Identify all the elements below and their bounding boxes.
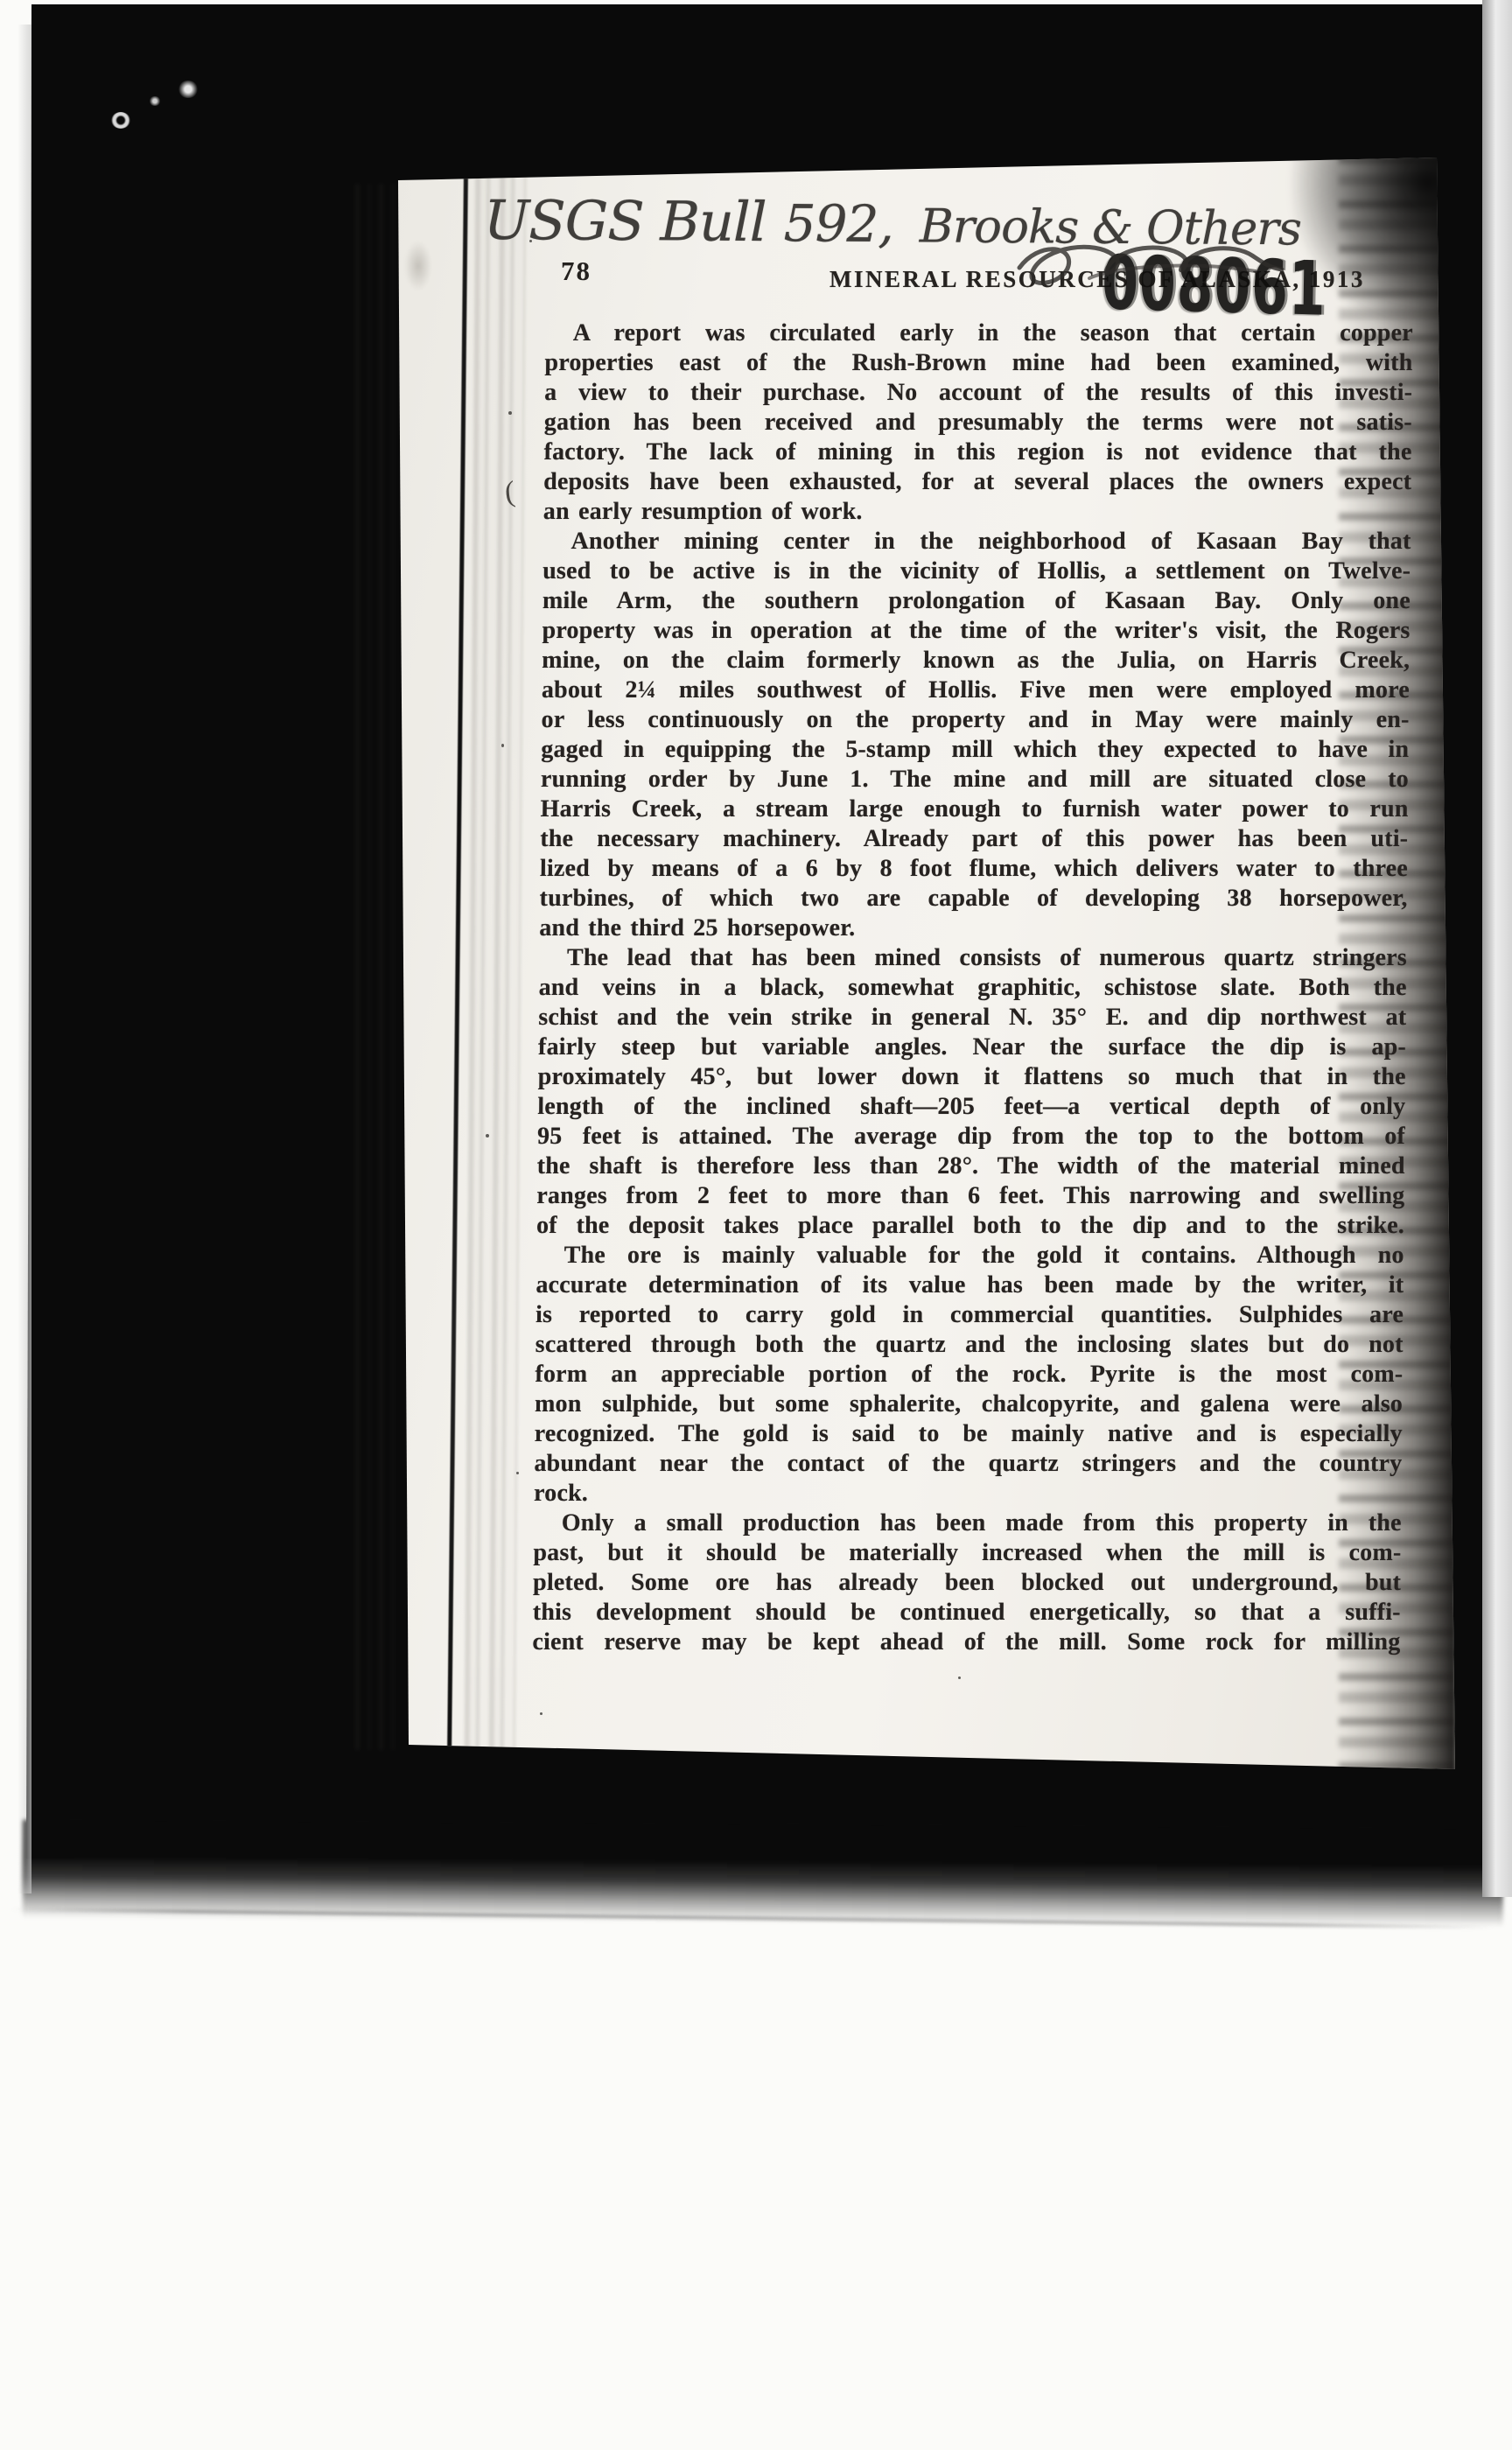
dust-speck — [486, 1134, 489, 1137]
body-line: deposits have been exhausted, for at sev… — [543, 467, 1411, 497]
book-page: USGS Bull 592, Brooks & Others 78 MINERA… — [398, 156, 1457, 1774]
body-line: gaged in equipping the 5-stamp mill whic… — [541, 735, 1409, 765]
handwritten-citation-part2: 592, — [783, 193, 893, 254]
page-number: 78 — [561, 255, 591, 287]
body-text: A report was circulated early in the sea… — [532, 318, 1413, 1657]
white-speck — [111, 112, 130, 129]
body-line: and the third 25 horsepower. — [539, 913, 1407, 943]
scanned-document-photocopy: { "annotation": { "part1": "USGS Bull", … — [0, 0, 1512, 2450]
body-line: rock. — [534, 1479, 1402, 1508]
dust-speck — [508, 411, 512, 415]
body-line: Another mining center in the neighborhoo… — [542, 527, 1410, 556]
body-line: or less continuously on the property and… — [541, 705, 1409, 735]
dust-speck — [958, 1676, 961, 1679]
body-line: mile Arm, the southern prolongation of K… — [542, 586, 1410, 616]
scanner-right-edge-strip — [1482, 0, 1512, 1897]
body-line: a view to their purchase. No account of … — [544, 378, 1412, 408]
body-line: the necessary machinery. Already part of… — [540, 824, 1408, 854]
left-paper-edge-shade — [17, 24, 31, 1893]
body-line: The lead that has been mined consists of… — [539, 943, 1407, 973]
body-line: A report was circulated early in the sea… — [545, 318, 1413, 348]
body-line: factory. The lack of mining in this regi… — [543, 437, 1411, 467]
body-line: schist and the vein strike in general N.… — [538, 1003, 1406, 1032]
body-line: mine, on the claim formerly known as the… — [542, 646, 1410, 675]
body-line: turbines, of which two are capable of de… — [539, 884, 1407, 913]
white-speck — [178, 80, 199, 98]
book-gutter-shadow — [465, 164, 527, 1748]
white-speck — [149, 96, 161, 106]
body-line: proximately 45°, but lower down it flatt… — [538, 1062, 1406, 1092]
body-line: form an appreciable portion of the rock.… — [535, 1360, 1403, 1389]
body-line: accurate determination of its value has … — [535, 1270, 1403, 1300]
body-line: and veins in a black, somewhat graphitic… — [538, 973, 1406, 1003]
dust-speck — [501, 744, 504, 747]
body-line: properties east of the Rush-Brown mine h… — [544, 348, 1412, 378]
body-line: mon sulphide, but some sphalerite, chalc… — [535, 1389, 1403, 1419]
body-line: cient reserve may be kept ahead of the m… — [532, 1627, 1400, 1657]
body-line: 95 feet is attained. The average dip fro… — [537, 1122, 1405, 1151]
body-line: this development should be continued ene… — [533, 1598, 1401, 1627]
dust-speck — [540, 1712, 542, 1715]
body-line: gation has been received and presumably … — [544, 408, 1412, 437]
body-line: pleted. Some ore has already been blocke… — [533, 1568, 1401, 1598]
body-line: Harris Creek, a stream large enough to f… — [540, 794, 1408, 824]
fingerprint-smudge — [405, 241, 431, 290]
dust-speck — [516, 1472, 519, 1474]
body-line: ranges from 2 feet to more than 6 feet. … — [536, 1181, 1404, 1211]
body-line: property was in operation at the time of… — [542, 616, 1410, 646]
body-line: Only a small production has been made fr… — [534, 1508, 1402, 1538]
body-line: the shaft is therefore less than 28°. Th… — [537, 1151, 1405, 1181]
body-line: is reported to carry gold in commercial … — [535, 1300, 1403, 1330]
scribble-strikethrough — [958, 217, 1291, 313]
body-line: past, but it should be materially increa… — [533, 1538, 1401, 1568]
body-line: fairly steep but variable angles. Near t… — [538, 1032, 1406, 1062]
body-line: running order by June 1. The mine and mi… — [541, 765, 1409, 794]
handwritten-citation-part1: USGS Bull — [484, 188, 766, 254]
gutter-bleed-streaks — [355, 184, 397, 1750]
body-line: The ore is mainly valuable for the gold … — [536, 1241, 1404, 1270]
book-gutter-crease — [447, 171, 468, 1746]
body-line: about 2¼ miles southwest of Hollis. Five… — [542, 675, 1410, 705]
body-line: of the deposit takes place parallel both… — [536, 1211, 1404, 1241]
body-line: recognized. The gold is said to be mainl… — [535, 1419, 1403, 1449]
body-line: length of the inclined shaft—205 feet—a … — [537, 1092, 1405, 1122]
dust-speck — [529, 240, 532, 242]
body-line: used to be active is in the vicinity of … — [542, 556, 1410, 586]
body-line: lized by means of a 6 by 8 foot flume, w… — [540, 854, 1408, 884]
body-line: scattered through both the quartz and th… — [535, 1330, 1403, 1360]
body-line: an early resumption of work. — [543, 497, 1411, 527]
body-line: abundant near the contact of the quartz … — [534, 1449, 1402, 1479]
